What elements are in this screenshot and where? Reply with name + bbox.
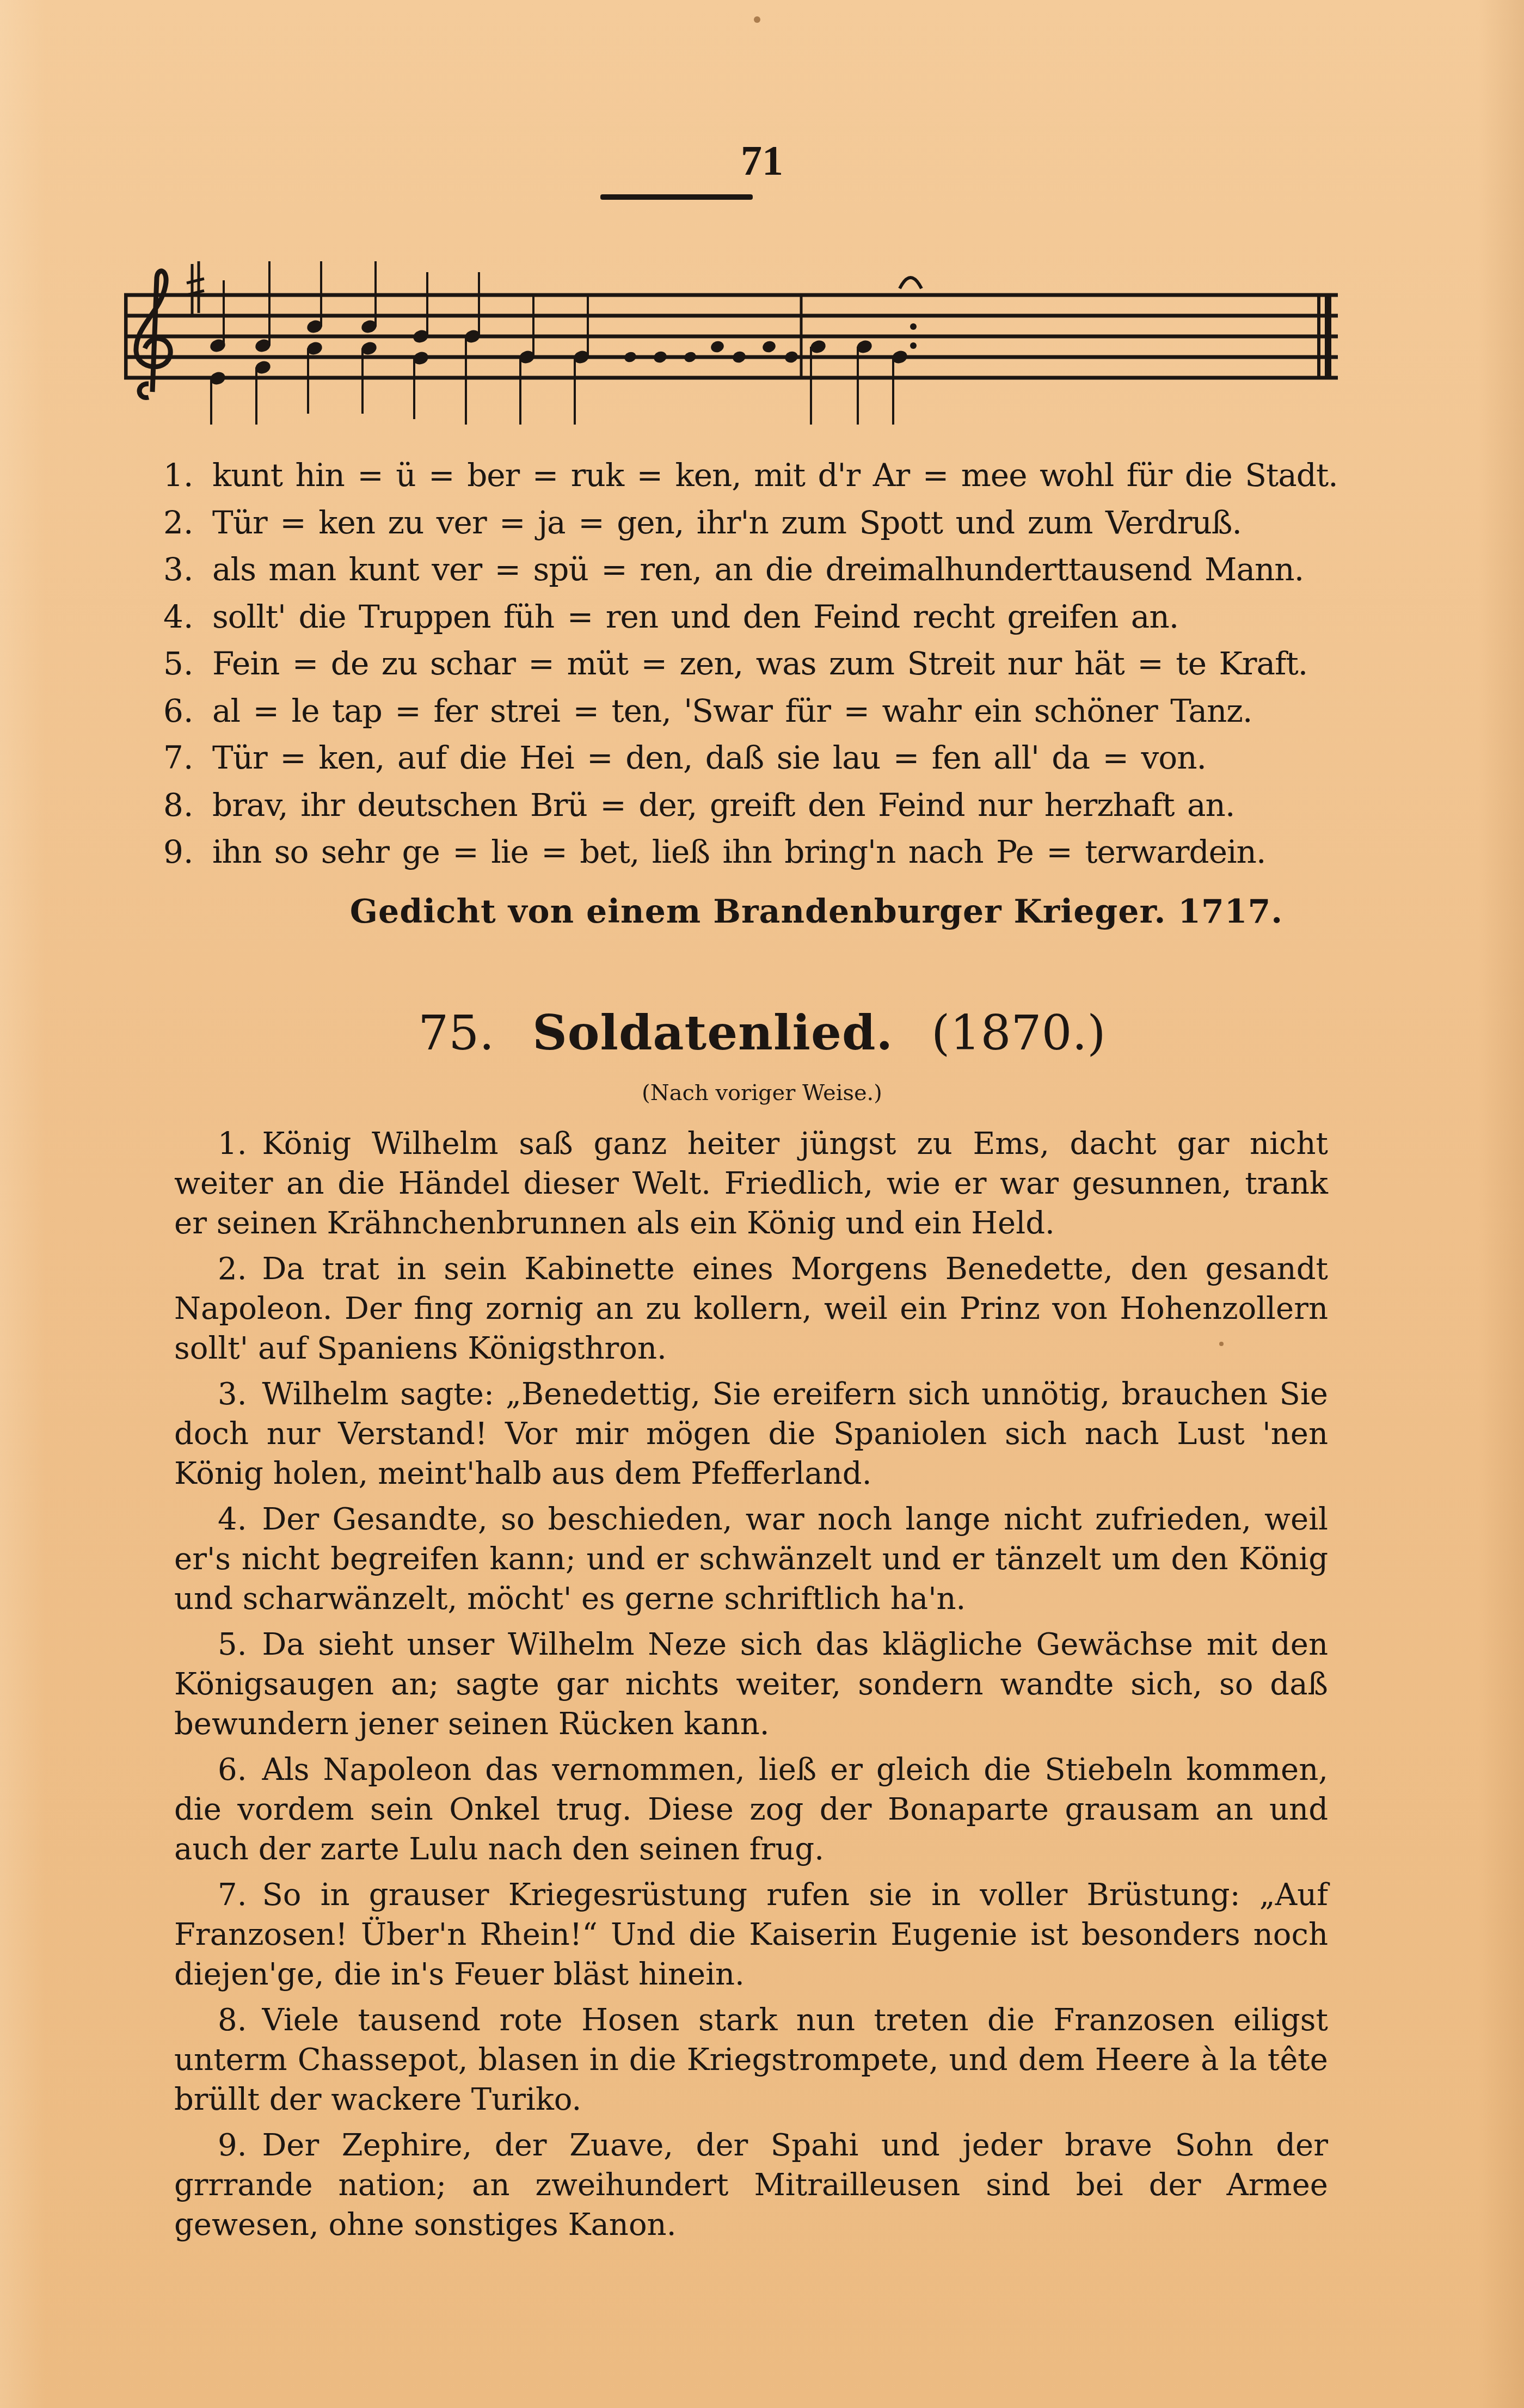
- verse-text: So in grauser Kriegesrüstung rufen sie i…: [174, 1877, 1328, 1992]
- song-number: 75.: [418, 1005, 494, 1061]
- song-title: Soldatenlied.: [532, 1004, 893, 1061]
- lyric-text: brav, ihr deutschen Brü = der, greift de…: [212, 782, 1333, 829]
- verse: 1.König Wilhelm saß ganz heiter jüngst z…: [174, 1124, 1328, 1243]
- lyric-text: Tür = ken, auf die Hei = den, daß sie la…: [212, 734, 1333, 782]
- fermata-icon: [900, 278, 921, 288]
- paper-blemish: [1219, 1342, 1224, 1346]
- lyric-number: 9.: [163, 828, 212, 876]
- lyric-line: 6.al = le tap = fer strei = ten, 'Swar f…: [163, 687, 1333, 735]
- page-number-rule: [600, 194, 753, 200]
- lyric-line: 8.brav, ihr deutschen Brü = der, greift …: [163, 782, 1333, 829]
- lyric-number: 2.: [163, 499, 212, 546]
- music-staff: [124, 261, 1338, 425]
- song-heading: 75.Soldatenlied.(1870.): [327, 1004, 1197, 1061]
- verse-number: 8.: [218, 2002, 247, 2038]
- lyric-line: 1.kunt hin = ü = ber = ruk = ken, mit d'…: [163, 452, 1333, 499]
- song-subtitle: (Nach voriger Weise.): [490, 1080, 1034, 1105]
- lyric-number: 4.: [163, 593, 212, 641]
- paper-blemish: [754, 16, 760, 23]
- lyric-text: sollt' die Truppen füh = ren und den Fei…: [212, 593, 1333, 641]
- lyric-text: Fein = de zu schar = müt = zen, was zum …: [212, 640, 1333, 687]
- verse-number: 6.: [218, 1752, 247, 1787]
- verse: 7.So in grauser Kriegesrüstung rufen sie…: [174, 1875, 1328, 1994]
- verse-number: 4.: [218, 1502, 247, 1537]
- verse-text: Da trat in sein Kabinette eines Morgens …: [174, 1251, 1328, 1366]
- lyric-number: 5.: [163, 640, 212, 687]
- sharp-icon: [187, 261, 204, 316]
- verse: 4.Der Gesandte, so beschieden, war noch …: [174, 1500, 1328, 1619]
- lyric-line: 7.Tür = ken, auf die Hei = den, daß sie …: [163, 734, 1333, 782]
- song-verses: 1.König Wilhelm saß ganz heiter jüngst z…: [174, 1124, 1328, 2251]
- verse-number: 1.: [218, 1126, 247, 1162]
- previous-song-lyrics: 1.kunt hin = ü = ber = ruk = ken, mit d'…: [163, 452, 1333, 876]
- lyric-line: 4.sollt' die Truppen füh = ren und den F…: [163, 593, 1333, 641]
- verse: 3.Wilhelm sagte: „Benedettig, Sie ereife…: [174, 1374, 1328, 1494]
- verse: 6.Als Napoleon das vernommen, ließ er gl…: [174, 1750, 1328, 1869]
- verse-text: Als Napoleon das vernommen, ließ er glei…: [174, 1752, 1328, 1867]
- verse-text: Der Gesandte, so beschieden, war noch la…: [174, 1502, 1328, 1617]
- verse: 9.Der Zephire, der Zuave, der Spahi und …: [174, 2126, 1328, 2245]
- book-page: 71: [0, 0, 1524, 2408]
- verse-text: Wilhelm sagte: „Benedettig, Sie ereifern…: [174, 1377, 1328, 1491]
- lyric-number: 8.: [163, 782, 212, 829]
- verse: 5.Da sieht unser Wilhelm Neze sich das k…: [174, 1625, 1328, 1744]
- lyric-text: al = le tap = fer strei = ten, 'Swar für…: [212, 687, 1333, 735]
- lyric-text: ihn so sehr ge = lie = bet, ließ ihn bri…: [212, 828, 1333, 876]
- verse-number: 2.: [218, 1251, 247, 1287]
- verse: 8.Viele tausend rote Hosen stark nun tre…: [174, 2000, 1328, 2120]
- lyric-line: 2.Tür = ken zu ver = ja = gen, ihr'n zum…: [163, 499, 1333, 546]
- lyric-number: 7.: [163, 734, 212, 782]
- verse-text: Viele tausend rote Hosen stark nun trete…: [174, 2002, 1328, 2117]
- lyric-text: kunt hin = ü = ber = ruk = ken, mit d'r …: [212, 452, 1338, 499]
- lyric-number: 1.: [163, 452, 212, 499]
- verse-number: 5.: [218, 1627, 247, 1662]
- lyric-text: Tür = ken zu ver = ja = gen, ihr'n zum S…: [212, 499, 1333, 546]
- lyric-text: als man kunt ver = spü = ren, an die dre…: [212, 546, 1333, 593]
- verse-number: 3.: [218, 1377, 247, 1412]
- verse-number: 7.: [218, 1877, 247, 1913]
- lyric-line: 5.Fein = de zu schar = müt = zen, was zu…: [163, 640, 1333, 687]
- page-number: 71: [599, 136, 925, 185]
- verse-text: König Wilhelm saß ganz heiter jüngst zu …: [174, 1126, 1328, 1241]
- verse: 2.Da trat in sein Kabinette eines Morgen…: [174, 1249, 1328, 1368]
- song-year: (1870.): [931, 1005, 1106, 1061]
- verse-number: 9.: [218, 2128, 247, 2163]
- verse-text: Der Zephire, der Zuave, der Spahi und je…: [174, 2128, 1328, 2243]
- verse-text: Da sieht unser Wilhelm Neze sich das klä…: [174, 1627, 1328, 1742]
- poem-attribution: Gedicht von einem Brandenburger Krieger.…: [327, 893, 1306, 931]
- lyric-number: 3.: [163, 546, 212, 593]
- lyric-line: 9.ihn so sehr ge = lie = bet, ließ ihn b…: [163, 828, 1333, 876]
- lyric-number: 6.: [163, 687, 212, 735]
- lyric-line: 3.als man kunt ver = spü = ren, an die d…: [163, 546, 1333, 593]
